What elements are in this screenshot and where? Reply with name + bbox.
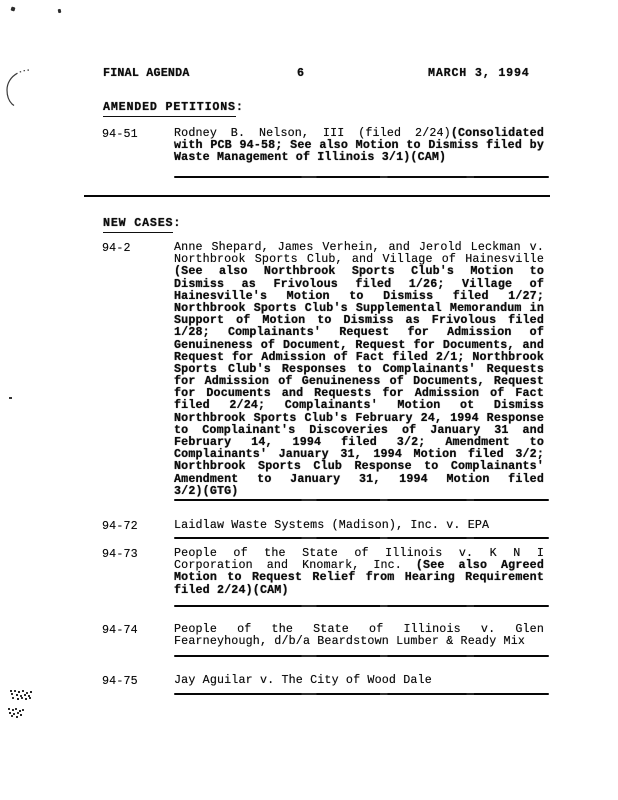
section-heading-colon: : [236,100,244,114]
case-line: Laidlaw Waste Systems (Madison), Inc. v.… [174,519,544,531]
case-text: Anne Shepard, James Verhein, and Jerold … [174,241,544,497]
case-text-segment: Waste Management of Illinois 3/1)(CAM) [174,150,446,164]
case-line: filed 2/24)(CAM) [174,584,544,596]
case-text-segment: 3/2)(GTG) [174,484,238,498]
header-date: MARCH 3, 1994 [428,66,530,80]
case-note-line [174,499,549,501]
case-text-segment: Fearneyhough, d/b/a Beardstown Lumber & … [174,634,525,648]
case-text: People of the State of Illinois v. K N I… [174,547,544,596]
case-entry: 94-74People of the State of Illinois v. … [102,623,550,647]
case-line: 3/2)(GTG) [174,485,544,497]
case-number: 94-73 [102,547,174,596]
scan-artifact-bracket [2,66,32,110]
case-number: 94-2 [102,241,174,497]
case-entry: 94-72Laidlaw Waste Systems (Madison), In… [102,519,550,533]
scan-artifact-speckle-1 [10,690,12,692]
case-number: 94-74 [102,623,174,647]
section-heading: AMENDED PETITIONS: [103,100,244,114]
section-heading-text: NEW CASES [103,216,173,233]
case-entry: 94-2Anne Shepard, James Verhein, and Jer… [102,241,550,497]
scan-artifact-dot-3 [9,397,12,399]
case-text-segment: Laidlaw Waste Systems (Madison), Inc. v.… [174,518,489,532]
case-text-segment: Jay Aguilar v. The City of Wood Dale [174,673,432,687]
case-note-line [174,176,549,178]
case-number: 94-51 [102,127,174,164]
case-text: Laidlaw Waste Systems (Madison), Inc. v.… [174,519,544,533]
scan-artifact-dot-2 [58,9,62,14]
header-title: FINAL AGENDA [103,66,190,80]
case-entry: 94-51Rodney B. Nelson, III (filed 2/24)(… [102,127,550,164]
section-heading: NEW CASES: [103,216,181,230]
case-note-line [174,693,549,695]
case-note-line [174,605,549,607]
section-divider [84,195,550,197]
scan-artifact-speckle-2 [8,708,10,710]
case-number: 94-72 [102,519,174,533]
case-line: Fearneyhough, d/b/a Beardstown Lumber & … [174,635,544,647]
header-page-number: 6 [297,66,304,80]
case-number: 94-75 [102,674,174,688]
case-entry: 94-75Jay Aguilar v. The City of Wood Dal… [102,674,550,688]
section-heading-colon: : [173,216,181,230]
case-entry: 94-73People of the State of Illinois v. … [102,547,550,596]
case-text: Rodney B. Nelson, III (filed 2/24)(Conso… [174,127,544,164]
case-line: Jay Aguilar v. The City of Wood Dale [174,674,544,686]
scanned-agenda-page: FINAL AGENDA 6 MARCH 3, 1994 AMENDED PET… [0,0,618,800]
scan-artifact-dot-1 [10,6,15,11]
section-heading-text: AMENDED PETITIONS [103,100,236,117]
case-line: Waste Management of Illinois 3/1)(CAM) [174,151,544,163]
case-text: People of the State of Illinois v. GlenF… [174,623,544,647]
case-text-segment: filed 2/24)(CAM) [174,583,289,597]
case-note-line [174,655,549,657]
case-note-line [174,537,549,539]
case-text: Jay Aguilar v. The City of Wood Dale [174,674,544,688]
